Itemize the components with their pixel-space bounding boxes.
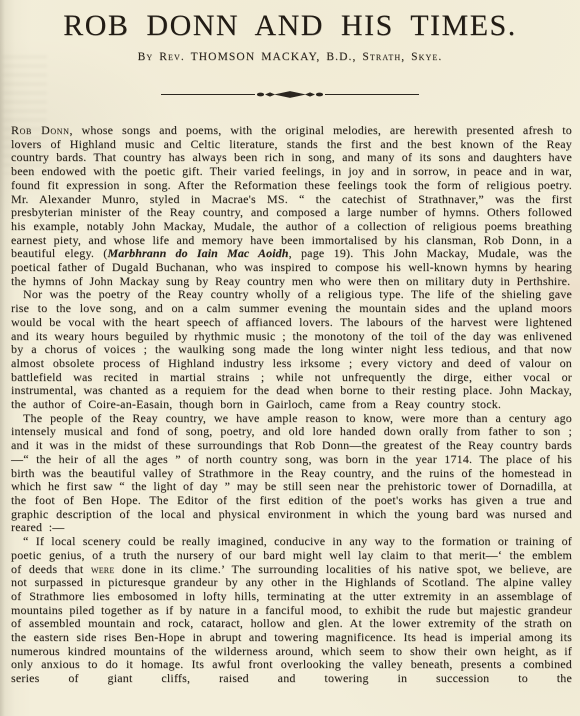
gaelic-title-italic: Marbhrann do Iain Mac Aoidh <box>108 246 289 260</box>
paragraph-4-quote: “ If local scenery could be really imagi… <box>11 535 572 686</box>
byline-author: THOMSON MACKAY, B.D., <box>191 51 357 63</box>
byline-location: Strath, Skye. <box>362 51 442 63</box>
book-page: ROB DONN AND HIS TIMES. By Rev. THOMSON … <box>0 0 580 716</box>
paragraph-1-text-a: , whose songs and poems, with the origin… <box>11 123 572 260</box>
page-header: ROB DONN AND HIS TIMES. By Rev. THOMSON … <box>0 0 580 101</box>
paragraph-2: Nor was the poetry of the Reay country w… <box>11 288 572 411</box>
paragraph-4-text-b: done in its clime.’ The surrounding loca… <box>11 562 572 686</box>
article-body: Rob Donn, whose songs and poems, with th… <box>11 124 572 686</box>
divider <box>0 88 580 101</box>
ornamental-rule-icon <box>161 88 419 101</box>
paragraph-lead-smallcaps: Rob Donn <box>11 123 70 137</box>
paragraph-3: The people of the Reay country, we have … <box>11 412 572 535</box>
page-title: ROB DONN AND HIS TIMES. <box>0 0 580 43</box>
smallcaps-emphasis: were <box>91 562 114 576</box>
byline-prefix: By Rev. <box>138 51 185 63</box>
byline: By Rev. THOMSON MACKAY, B.D., Strath, Sk… <box>0 51 580 63</box>
paragraph-1: Rob Donn, whose songs and poems, with th… <box>11 124 572 288</box>
